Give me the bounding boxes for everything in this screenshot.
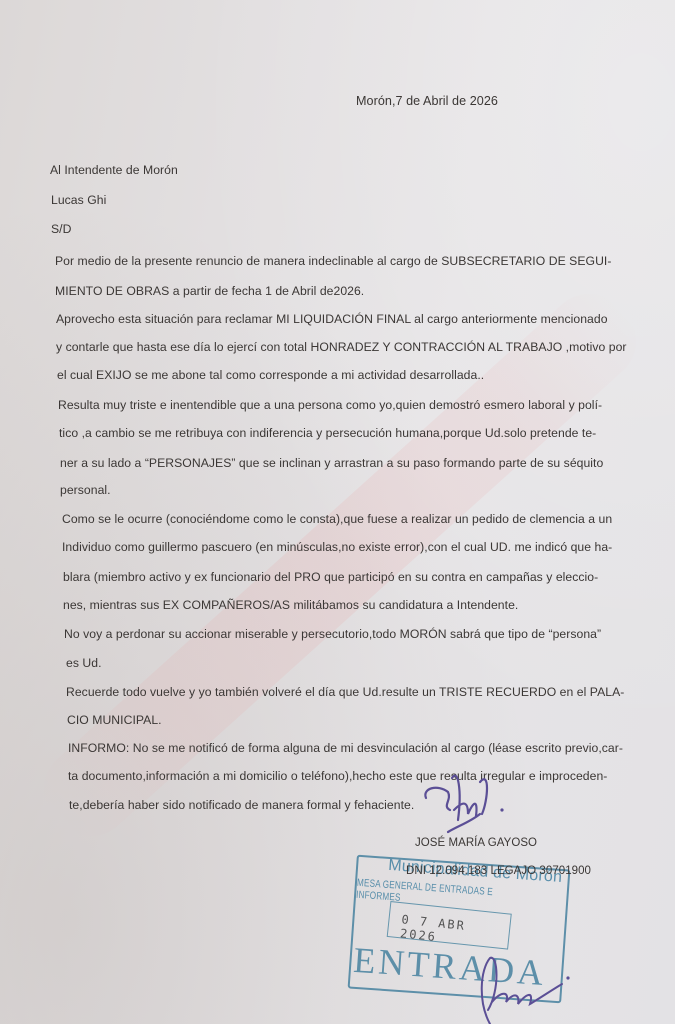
body-line: y contarle que hasta ese día lo ejercí c…: [56, 340, 627, 354]
body-line: Aprovecho esta situación para reclamar M…: [56, 312, 608, 326]
recipient-title: Al Intendente de Morón: [50, 163, 178, 177]
body-line: MIENTO DE OBRAS a partir de fecha 1 de A…: [55, 284, 364, 298]
body-line: Recuerde todo vuelve y yo también volver…: [66, 685, 624, 699]
body-line: Por medio de la presente renuncio de man…: [55, 254, 611, 268]
body-line: es Ud.: [66, 656, 102, 670]
body-line: el cual EXIJO se me abone tal como corre…: [57, 368, 484, 382]
body-line: tico ,a cambio se me retribuya con indif…: [59, 426, 596, 440]
body-line: nes, mientras sus EX COMPAÑEROS/AS milit…: [63, 598, 518, 612]
recipient-name: Lucas Ghi: [51, 193, 106, 207]
letter-date: Morón,7 de Abril de 2026: [356, 94, 498, 108]
body-line: Como se le ocurre (conociéndome como le …: [62, 512, 612, 526]
body-line: Individuo como guillermo pascuero (en mi…: [62, 540, 612, 554]
body-line: ner a su lado a “PERSONAJES” que se incl…: [60, 456, 603, 470]
body-line: personal.: [60, 483, 111, 497]
signer-id: DNI 12.094.183 LEGAJO 30701900: [406, 865, 591, 877]
body-line: Resulta muy triste e inentendible que a …: [58, 398, 602, 412]
watermark-overlay: [27, 277, 652, 852]
body-line: CIO MUNICIPAL.: [67, 713, 162, 727]
body-line: INFORMO: No se me notificó de forma algu…: [68, 741, 623, 755]
body-line: blara (miembro activo y ex funcionario d…: [63, 570, 598, 584]
scanned-letter-page: Morón,7 de Abril de 2026 Al Intendente d…: [0, 0, 675, 1024]
body-line: ta documento,información a mi domicilio …: [68, 769, 607, 783]
body-line: te,debería haber sido notificado de mane…: [69, 798, 414, 812]
stamp-label: ENTRADA: [352, 939, 547, 994]
body-line: No voy a perdonar su accionar miserable …: [64, 627, 601, 641]
signer-name: JOSÉ MARÍA GAYOSO: [415, 837, 537, 849]
recipient-salutation: S/D: [51, 222, 71, 236]
